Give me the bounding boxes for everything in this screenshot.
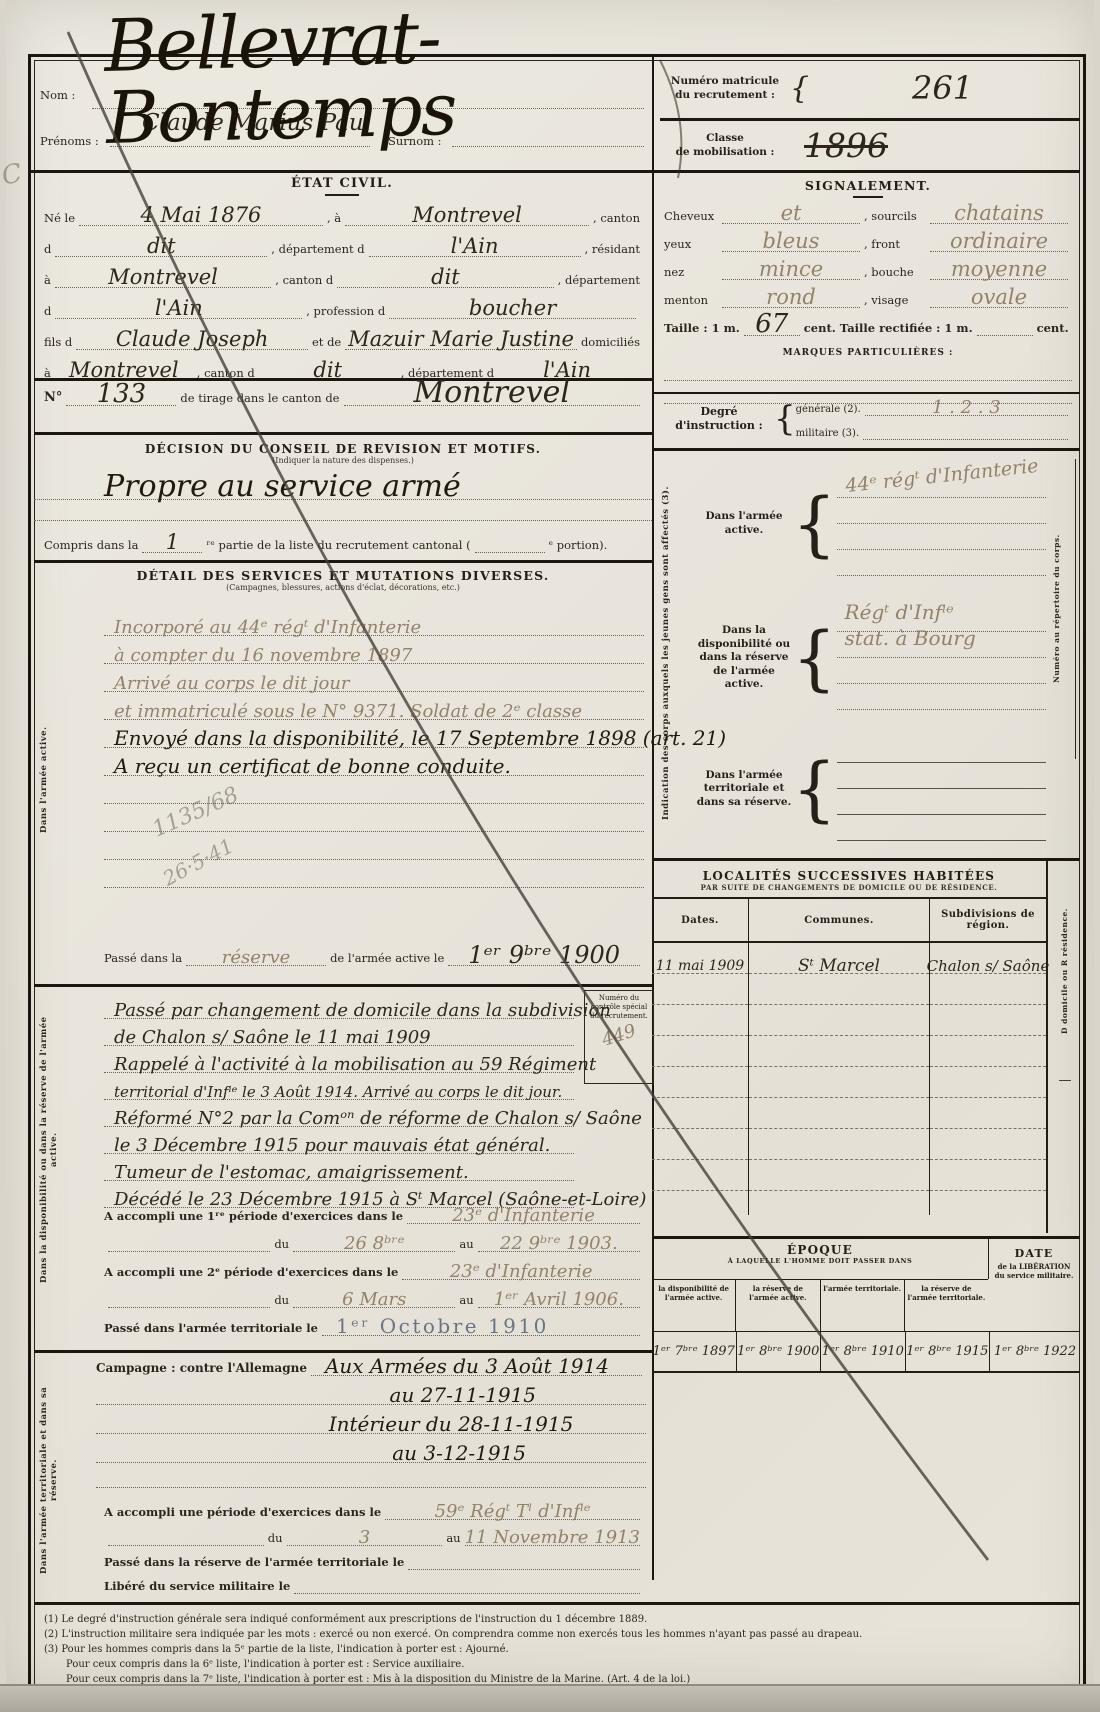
field-label: , département d [271, 242, 364, 257]
tirage-row: N° 133 de tirage dans le canton de Montr… [44, 388, 644, 406]
instruction-generale-value: 1 . 2 . 3 [932, 400, 1001, 415]
periode-terr-debut: 3 [359, 1530, 370, 1545]
service-line: le 3 Décembre 1915 pour mauvais état gén… [114, 1138, 550, 1153]
passe-territoriale-row: Passé dans l'armée territoriale le 1ᵉʳ O… [104, 1318, 644, 1336]
decision-title: DÉCISION DU CONSEIL DE REVISION ET MOTIF… [34, 442, 652, 456]
periode2-regiment: 23ᵉ d'Infanterie [450, 1264, 593, 1279]
au-label: au [446, 1531, 460, 1546]
du-label: du [268, 1531, 283, 1546]
canton-value: dit [147, 238, 176, 256]
campagne-block: Campagne : contre l'Allemagne Aux Armées… [96, 1358, 646, 1488]
periode1-date-fin: 22 9ᵇʳᵉ 1903. [500, 1236, 618, 1251]
epoque-value: 1ᵉʳ 7ᵇʳᵉ 1897 [653, 1346, 735, 1357]
corps-row-territoriale: Dans l'armée territoriale et dans sa rés… [696, 729, 1046, 849]
prenoms-label: Prénoms : [40, 134, 99, 149]
localites-side-label: D domicile ou R résidence. [1061, 871, 1070, 1071]
compris-value: 1 [166, 534, 179, 552]
campagne-line4: au 3-12-1915 [392, 1445, 526, 1462]
residence-value: Montrevel [108, 269, 218, 287]
periode-terr-label: A accompli une période d'exercices dans … [104, 1505, 381, 1520]
corps-side-label: Indication des corps auxquels les jeunes… [662, 459, 688, 847]
field-label: d [44, 304, 51, 319]
nom-label: Nom : [40, 88, 75, 103]
marques-label: MARQUES PARTICULIÈRES : [664, 348, 1072, 358]
epoque-section: ÉPOQUE À LAQUELLE L'HOMME DOIT PASSER DA… [652, 1239, 1080, 1373]
campagne-label: Campagne : contre l'Allemagne [96, 1361, 307, 1376]
tirage-no-label: N° [44, 390, 62, 406]
corps-row-label: Dans la disponibilité ou dans la réserve… [696, 624, 792, 692]
service-line: à compter du 16 novembre 1897 [114, 648, 412, 663]
periode1-row: A accompli une 1ʳᵉ période d'exercices d… [104, 1206, 644, 1224]
cheveux-value: et [781, 205, 802, 223]
field-label: , front [864, 237, 926, 252]
field-label: domiciliés [581, 335, 640, 350]
epoque-col-header: la disponibilité de l'armée active. [652, 1280, 736, 1332]
service-line: Rappelé à l'activité à la mobilisation a… [114, 1057, 596, 1072]
bouche-value: moyenne [951, 261, 1047, 279]
localites-col-communes: Communes. [749, 899, 930, 941]
corps-dispo-value2: stat. à Bourg [845, 630, 976, 647]
profession-value: boucher [469, 300, 556, 318]
dispo-service-lines: Passé par changement de domicile dans la… [104, 992, 574, 1208]
field-label: d [44, 242, 51, 257]
periode-terr-row: A accompli une période d'exercices dans … [104, 1502, 644, 1520]
footnote-4: Pour ceux compris dans la 6ᵉ liste, l'in… [44, 1657, 1054, 1672]
military-record-sheet: C Nom : Bellevrat-Bontemps Prénoms : Cla… [0, 0, 1100, 1712]
field-label: Né le [44, 211, 75, 226]
periode-terr-regiment: 59ᵉ Régᵗ Tˡ d'Infⁱᵉ [435, 1504, 591, 1519]
matricule-box: Numéro matricule du recrutement : { 261 [660, 62, 1076, 116]
field-label: nez [664, 265, 718, 280]
field-label: fils d [44, 335, 72, 350]
signalement-section: SIGNALEMENT. Cheveux et , sourcils chata… [664, 178, 1072, 404]
field-label: , à [327, 211, 341, 226]
reserve-terr-label: Passé dans la réserve de l'armée territo… [104, 1555, 404, 1570]
field-label: , sourcils [864, 209, 926, 224]
instruction-generale-label: générale (2). [796, 404, 861, 416]
front-value: ordinaire [950, 233, 1048, 251]
periode2-label: A accompli une 2ᵉ période d'exercices da… [104, 1265, 398, 1280]
corps-dispo-value: Régᵗ d'Infⁱᵉ [845, 604, 954, 621]
controle-value: 449 [586, 1019, 652, 1053]
libere-label: Libéré du service militaire le [104, 1579, 290, 1594]
service-line: Tumeur de l'estomac, amaigrissement. [114, 1165, 469, 1180]
localites-subtitle: PAR SUITE DE CHANGEMENTS DE DOMICILE OU … [652, 883, 1046, 892]
field-label: à [44, 273, 51, 288]
epoque-date-title: DATE [988, 1247, 1080, 1260]
instruction-militaire-label: militaire (3). [796, 428, 859, 440]
visage-value: ovale [971, 289, 1027, 307]
decision-value: Propre au service armé [104, 474, 461, 500]
service-line: Passé par changement de domicile dans la… [114, 1003, 611, 1018]
epoque-col-header: la réserve de l'armée territoriale. [905, 1280, 988, 1332]
periode2-dates: du 6 Mars au 1ᵉʳ Avril 1906. [104, 1290, 644, 1308]
du-label: du [274, 1293, 289, 1308]
periode2-date-debut: 6 Mars [342, 1292, 406, 1307]
compris-end: ᵉ portion). [549, 538, 608, 553]
periode-terr-dates: du 3 au 11 Novembre 1913 [104, 1528, 644, 1546]
territoriale-side-label: Dans l'armée territoriale et dans sa rés… [40, 1365, 60, 1595]
footnote-1: (1) Le degré d'instruction générale sera… [44, 1612, 1054, 1627]
services-subtitle: (Campagnes, blessures, actions d'éclat, … [34, 583, 652, 592]
tirage-number: 133 [97, 383, 147, 405]
dispo-side-label: Dans la disponibilité ou dans la réserve… [40, 1000, 60, 1300]
corps-row-label: Dans l'armée active. [696, 510, 792, 537]
matricule-value: 261 [809, 75, 1076, 102]
passe-terr-label: Passé dans l'armée territoriale le [104, 1321, 318, 1336]
footnote-2: (2) L'instruction militaire sera indiqué… [44, 1627, 1054, 1642]
taille-value: 67 [755, 313, 788, 335]
field-label: menton [664, 293, 718, 308]
active-side-label: Dans l'armée active. [40, 640, 50, 920]
etat-civil-title: ÉTAT CIVIL. [34, 176, 650, 191]
etat-civil-section: ÉTAT CIVIL. Né le 4 Mai 1876 , à Montrev… [34, 176, 650, 381]
signalement-title: SIGNALEMENT. [664, 178, 1072, 193]
torn-paper-edge [0, 1684, 1100, 1712]
reserve-terr-row: Passé dans la réserve de l'armée territo… [104, 1552, 644, 1570]
epoque-title: ÉPOQUE [652, 1243, 988, 1257]
passe-hw1: réserve [222, 950, 291, 965]
epoque-liberation-value: 1ᵉʳ 8ᵇʳᵉ 1922 [994, 1346, 1076, 1357]
service-line: Arrivé au corps le dit jour [114, 676, 350, 691]
field-label: Cheveux [664, 209, 718, 224]
epoque-date-sub: de la LIBÉRATION du service militaire. [988, 1260, 1080, 1283]
departement-value: l'Ain [451, 238, 499, 256]
localites-section: LOCALITÉS SUCCESSIVES HABITÉES PAR SUITE… [652, 861, 1080, 1233]
localite-dr: — [1048, 1075, 1082, 1086]
rule-line [452, 146, 644, 147]
libere-row: Libéré du service militaire le [104, 1576, 644, 1594]
localites-col-subdiv: Subdivisions de région. [930, 899, 1046, 941]
service-line: Incorporé au 44ᵉ régᵗ d'Infanterie [114, 620, 421, 635]
decision-section: DÉCISION DU CONSEIL DE REVISION ET MOTIF… [34, 442, 652, 553]
taille-post: cent. [1037, 321, 1069, 336]
periode2-date-fin: 1ᵉʳ Avril 1906. [494, 1292, 624, 1307]
field-label: , canton [593, 211, 640, 226]
periode-terr-fin: 11 Novembre 1913 [465, 1530, 640, 1545]
nez-value: mince [759, 261, 823, 279]
localite-subdivision: Chalon s/ Saône [927, 960, 1050, 973]
epoque-value: 1ᵉʳ 8ᵇʳᵉ 1915 [906, 1346, 988, 1357]
passe-terr-date: 1ᵉʳ Octobre 1910 [336, 1318, 549, 1335]
periode2-row: A accompli une 2ᵉ période d'exercices da… [104, 1262, 644, 1280]
yeux-value: bleus [763, 233, 820, 251]
instruction-label: Degré d'instruction : [664, 405, 774, 434]
service-line: et immatriculé sous le N° 9371. Soldat d… [114, 704, 582, 719]
field-label: , visage [864, 293, 926, 308]
epoque-subtitle: À LAQUELLE L'HOMME DOIT PASSER DANS [652, 1257, 988, 1265]
au-label: au [459, 1293, 473, 1308]
taille-pre: Taille : 1 m. [664, 321, 740, 336]
corps-section: Indication des corps auxquels les jeunes… [652, 451, 1080, 855]
menton-value: rond [766, 289, 816, 307]
classe-label-2: de mobilisation : [660, 146, 790, 160]
residence-canton-value: dit [431, 269, 460, 287]
passe-reserve-row: Passé dans la réserve de l'armée active … [104, 948, 644, 966]
corps-repertoire-label: Numéro au répertoire du corps. [1053, 459, 1076, 759]
classe-value: 1896 [790, 132, 1076, 160]
service-line: Envoyé dans la disponibilité, le 17 Sept… [114, 730, 726, 747]
corps-row-label: Dans l'armée territoriale et dans sa rés… [696, 769, 792, 810]
service-line: A reçu un certificat de bonne conduite. [114, 758, 511, 775]
epoque-col-header: l'armée territoriale. [821, 1280, 905, 1332]
corps-row-active: Dans l'armée active. { 44ᵉ régᵗ d'Infant… [696, 459, 1046, 589]
service-line: de Chalon s/ Saône le 11 mai 1909 [114, 1030, 431, 1045]
classe-box: Classe de mobilisation : 1896 [660, 122, 1076, 170]
footnote-3: (3) Pour les hommes compris dans la 5ᵉ p… [44, 1642, 1054, 1657]
periode1-dates: du 26 8ᵇʳᵉ au 22 9ᵇʳᵉ 1903. [104, 1234, 644, 1252]
passe-pre: Passé dans la [104, 951, 182, 966]
localite-date: 11 mai 1909 [656, 961, 744, 973]
services-header: DÉTAIL DES SERVICES ET MUTATIONS DIVERSE… [34, 568, 652, 592]
birth-date-value: 4 Mai 1876 [141, 207, 262, 225]
passe-date: 1ᵉʳ 9ᵇʳᵉ 1900 [468, 945, 620, 965]
periode1-label: A accompli une 1ʳᵉ période d'exercices d… [104, 1209, 403, 1224]
birth-place-value: Montrevel [412, 207, 522, 225]
compris-pre: Compris dans la [44, 538, 138, 553]
field-label: , profession d [306, 304, 385, 319]
campagne-line2: au 27-11-1915 [390, 1387, 536, 1404]
epoque-col-header: la réserve de l'armée active. [736, 1280, 820, 1332]
campagne-line3: Intérieur du 28-11-1915 [329, 1416, 574, 1433]
localite-commune: Sᵗ Marcel [798, 959, 880, 973]
au-label: au [459, 1237, 473, 1252]
residence-departement-value: l'Ain [155, 300, 203, 318]
sourcils-value: chatains [954, 205, 1044, 223]
service-line: Réformé N°2 par la Comᵒⁿ de réforme de C… [114, 1111, 642, 1126]
nom-value: Bellevrat-Bontemps [103, 0, 717, 154]
epoque-value: 1ᵉʳ 8ᵇʳᵉ 1900 [737, 1346, 819, 1357]
service-line: territorial d'Infⁱᵉ le 3 Août 1914. Arri… [114, 1086, 562, 1099]
field-label: , canton d [275, 273, 333, 288]
field-label: yeux [664, 237, 718, 252]
tirage-canton: Montrevel [413, 380, 570, 406]
footnotes: (1) Le degré d'instruction générale sera… [44, 1612, 1054, 1687]
mother-name-value: Mazuir Marie Justine [348, 331, 574, 349]
instruction-section: Degré d'instruction : { générale (2). 1 … [664, 398, 1072, 440]
periode1-regiment: 23ᵉ d'Infanterie [452, 1208, 595, 1223]
tirage-mid-label: de tirage dans le canton de [180, 391, 339, 406]
corps-row-dispo: Dans la disponibilité ou dans la réserve… [696, 591, 1046, 725]
taille-mid: cent. Taille rectifiée : 1 m. [804, 321, 973, 336]
field-label: , bouche [864, 265, 926, 280]
active-service-lines: Incorporé au 44ᵉ régᵗ d'Infanterie à com… [104, 608, 644, 888]
field-label: et de [312, 335, 341, 350]
campagne-line1: Aux Armées du 3 Août 1914 [325, 1358, 609, 1375]
du-label: du [274, 1237, 289, 1252]
services-title: DÉTAIL DES SERVICES ET MUTATIONS DIVERSE… [34, 568, 652, 583]
localites-title: LOCALITÉS SUCCESSIVES HABITÉES [652, 869, 1046, 883]
field-label: , département [558, 273, 640, 288]
compris-post: ʳᵉ partie de la liste du recrutement can… [206, 538, 470, 553]
decision-subtitle: (Indiquer la nature des dispenses.) [34, 456, 652, 465]
field-label: , résidant [585, 242, 640, 257]
periode1-date-debut: 26 8ᵇʳᵉ [344, 1236, 405, 1251]
localites-col-dates: Dates. [652, 899, 749, 941]
passe-mid: de l'armée active le [330, 951, 444, 966]
father-name-value: Claude Joseph [116, 331, 269, 349]
epoque-value: 1ᵉʳ 8ᵇʳᵉ 1910 [822, 1346, 904, 1357]
